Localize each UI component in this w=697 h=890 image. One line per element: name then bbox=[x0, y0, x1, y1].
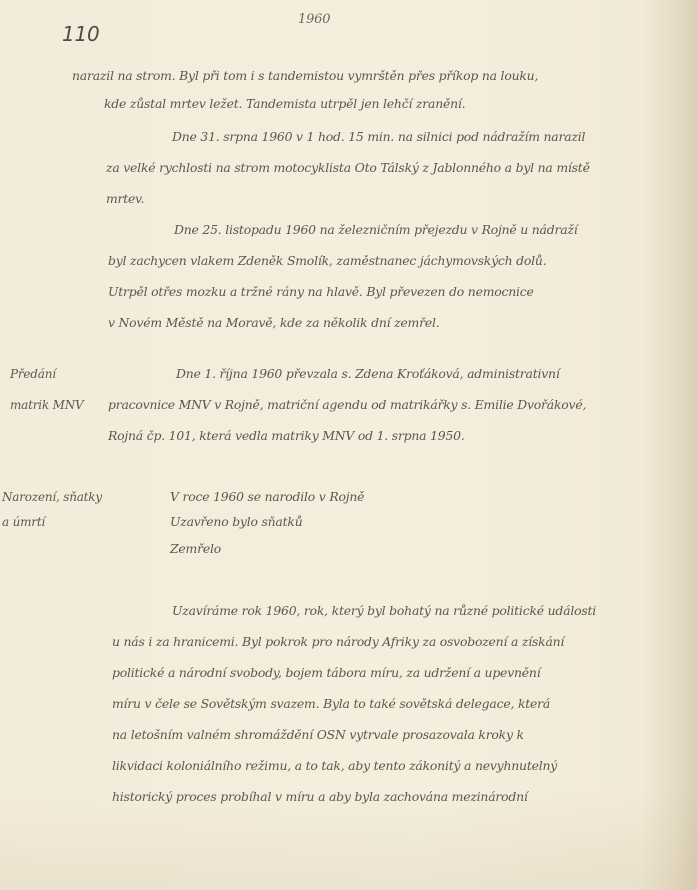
marriages-line: Uzavřeno bylo sňatků bbox=[170, 514, 302, 530]
text-line: Dne 31. srpna 1960 v 1 hod. 15 min. na s… bbox=[172, 129, 585, 145]
text-line: míru v čele se Sovětským svazem. Byla to… bbox=[112, 696, 550, 712]
margin-note: matrik MNV bbox=[10, 397, 83, 413]
margin-note: a úmrtí bbox=[2, 514, 45, 530]
text-line: za velké rychlosti na strom motocyklista… bbox=[106, 160, 590, 176]
text-line: Dne 25. listopadu 1960 na železničním př… bbox=[174, 222, 577, 238]
text-line: Rojná čp. 101, která vedla matriky MNV o… bbox=[108, 428, 465, 444]
year-header: 1960 bbox=[298, 12, 330, 27]
text-line: Uzavíráme rok 1960, rok, který byl bohat… bbox=[172, 603, 596, 619]
text-line: v Novém Městě na Moravě, kde za několik … bbox=[108, 315, 439, 331]
text-line: na letošním valném shromáždění OSN vytrv… bbox=[112, 727, 524, 743]
margin-note: Narození, sňatky bbox=[2, 489, 102, 505]
deaths-line: Zemřelo bbox=[170, 541, 221, 557]
births-line: V roce 1960 se narodilo v Rojně bbox=[170, 489, 364, 505]
text-line: Dne 1. října 1960 převzala s. Zdena Kroť… bbox=[176, 366, 560, 382]
text-line: u nás i za hranicemi. Byl pokrok pro nár… bbox=[112, 634, 564, 650]
text-line: historický proces probíhal v míru a aby … bbox=[112, 789, 528, 805]
text-line: mrtev. bbox=[106, 191, 144, 207]
text-line: kde zůstal mrtev ležet. Tandemista utrpě… bbox=[104, 96, 465, 112]
text-line: pracovnice MNV v Rojně, matriční agendu … bbox=[108, 397, 586, 413]
text-line: likvidaci koloniálního režimu, a to tak,… bbox=[112, 758, 557, 774]
text-line: Utrpěl otřes mozku a tržné rány na hlavě… bbox=[108, 284, 534, 300]
page-number: 110 bbox=[62, 22, 100, 46]
text-line: narazil na strom. Byl při tom i s tandem… bbox=[72, 68, 538, 84]
margin-note: Předání bbox=[10, 366, 56, 382]
text-line: politické a národní svobody, bojem tábor… bbox=[112, 665, 540, 681]
chronicle-page: 110 1960 narazil na strom. Byl při tom i… bbox=[0, 0, 697, 890]
text-line: byl zachycen vlakem Zdeněk Smolík, zaměs… bbox=[108, 253, 546, 269]
